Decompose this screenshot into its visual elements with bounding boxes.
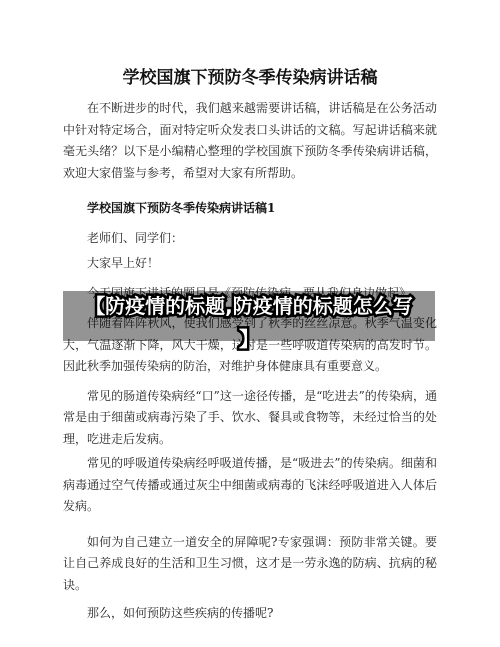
paragraph-prevention-barrier: 如何为自己建立一道安全的屏障呢?专家强调：预防非常关键。要让自己养成良好的生活和… [63,532,437,597]
paragraph-intestinal-disease: 常见的肠道传染病经“口”这一途径传播，是“吃进去”的传染病，通常是由于细菌或病毒… [63,386,437,451]
paragraph-question: 那么，如何预防这些疾病的传播呢? [63,603,437,625]
document-title: 学校国旗下预防冬季传染病讲话稿 [63,0,437,90]
document-page: 学校国旗下预防冬季传染病讲话稿 在不断进步的时代，我们越来越需要讲话稿，讲话稿是… [0,0,500,625]
paragraph-greeting: 大家早上好！ [63,253,437,275]
paragraph-salutation: 老师们、同学们： [63,228,437,250]
intro-paragraph: 在不断进步的时代，我们越来越需要讲话稿，讲话稿是在公务活动中针对特定场合，面对特… [63,98,437,184]
paragraph-topic: 今天国旗下讲话的题目是《预防传染病，要从我们身边做起》 [63,283,437,305]
paragraph-respiratory-disease: 常见的呼吸道传染病经呼吸道传播，是“吸进去”的传染病。细菌和病毒通过空气传播或通… [63,453,437,518]
section-heading: 学校国旗下预防冬季传染病讲话稿1 [63,198,437,220]
paragraph-autumn: 伴随着阵阵秋风，使我们感受到了秋季的丝丝凉意。秋季气温变化大，气温逐渐下降，风大… [63,313,437,378]
